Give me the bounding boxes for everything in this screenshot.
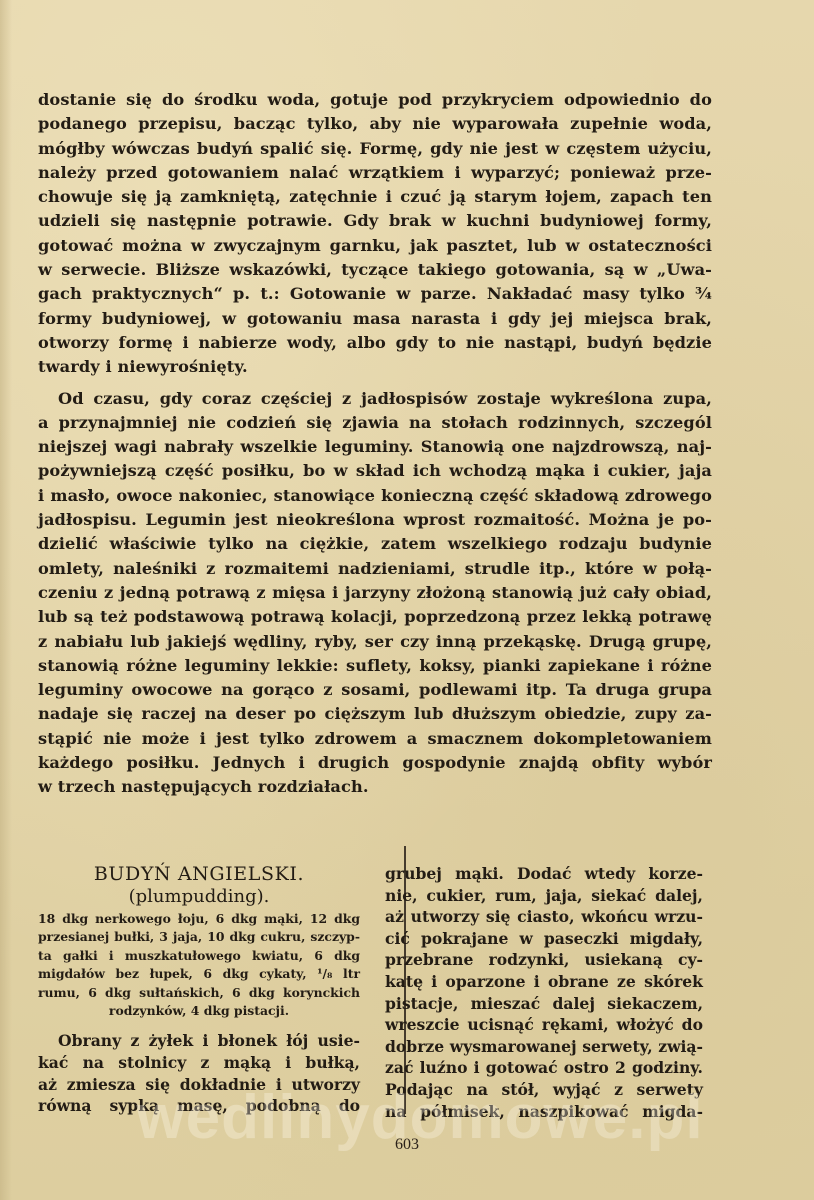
text-line: aż zmiesza się dokładnie i utworzy [38,1074,360,1096]
text-line: wreszcie ucisnąć rękami, włożyć do [385,1014,703,1036]
page-edge-shadow [0,0,12,1200]
text-line: lub są też podstawową potrawą kolacji, p… [38,605,712,629]
recipe-title: BUDYŃ ANGIELSKI. [38,863,360,886]
text-line: kać na stolnicy z mąką i bułką, [38,1052,360,1074]
ingredients-line: rodzynków, 4 dkg pistacji. [38,1002,360,1020]
ingredients-line: migdałów bez łupek, 6 dkg cykaty, ¹/₈ lt… [38,965,360,983]
text-line: cić pokrajane w paseczki migdały, [385,928,703,950]
text-line: stąpić nie może i jest tylko zdrowem a s… [38,727,712,751]
text-line: otworzy formę i nabierze wody, albo gdy … [38,331,712,355]
ingredients-line: rumu, 6 dkg sułtańskich, 6 dkg korynckic… [38,984,360,1002]
text-line: nadaje się raczej na deser po cięższym l… [38,702,712,726]
text-line: Obrany z żyłek i błonek łój usie- [38,1030,360,1052]
recipe-instructions-right: grubej mąki. Dodać wtedy korze- nie, cuk… [385,863,703,1122]
text-line: omlety, naleśniki z rozmaitemi nadzienia… [38,557,712,581]
text-line: w serwecie. Bliższe wskazówki, tyczące t… [38,258,712,282]
paragraph-2: Od czasu, gdy coraz częściej z jadłospis… [38,387,712,800]
recipe-right-column: grubej mąki. Dodać wtedy korze- nie, cuk… [385,846,703,1122]
text-line: aż utworzy się ciasto, wkońcu wrzu- [385,906,703,928]
paragraph-gap [38,380,712,387]
text-line: gach praktycznych“ p. t.: Gotowanie w pa… [38,282,712,306]
recipe-subtitle: (plumpudding). [38,886,360,908]
text-line: nie, cukier, rum, jaja, siekać dalej, [385,885,703,907]
text-line: dobrze wysmarowanej serwety, zwią- [385,1036,703,1058]
text-line: zać luźno i gotować ostro 2 godziny. [385,1057,703,1079]
text-line: niejszej wagi nabrały wszelkie leguminy.… [38,435,712,459]
text-line: z nabiału lub jakiejś wędliny, ryby, ser… [38,630,712,654]
text-line: i masło, owoce nakoniec, stanowiące koni… [38,484,712,508]
text-line: Od czasu, gdy coraz częściej z jadłospis… [38,387,712,411]
text-line: mógłby wówczas budyń spalić się. Formę, … [38,137,712,161]
main-text-block: dostanie się do środku woda, gotuje pod … [38,88,712,800]
text-line: twardy i niewyrośnięty. [38,355,712,379]
text-line: przebrane rodzynki, usiekaną cy- [385,949,703,971]
text-line: dostanie się do środku woda, gotuje pod … [38,88,712,112]
ingredients-list: 18 dkg nerkowego łoju, 6 dkg mąki, 12 dk… [38,910,360,1020]
text-line: leguminy owocowe na gorąco z sosami, pod… [38,678,712,702]
recipe-left-column: BUDYŃ ANGIELSKI. (plumpudding). 18 dkg n… [38,846,360,1117]
text-line: na półmisek, naszpikować migda- [385,1101,703,1123]
text-line: gotować można w zwyczajnym garnku, jak p… [38,234,712,258]
text-line: grubej mąki. Dodać wtedy korze- [385,863,703,885]
text-line: katę i oparzone i obrane ze skórek [385,971,703,993]
text-line: każdego posiłku. Jednych i drugich gospo… [38,751,712,775]
text-line: pożywniejszą część posiłku, bo w skład i… [38,459,712,483]
text-line: dzielić właściwie tylko na ciężkie, zate… [38,532,712,556]
text-line: czeniu z jedną potrawą z mięsa i jarzyny… [38,581,712,605]
text-line: formy budyniowej, w gotowaniu masa naras… [38,307,712,331]
recipe-columns: BUDYŃ ANGIELSKI. (plumpudding). 18 dkg n… [38,846,712,1116]
text-line: pistacje, mieszać dalej siekaczem, [385,993,703,1015]
text-line: jadłospisu. Legumin jest nieokreślona wp… [38,508,712,532]
text-line: chowuje się ją zamkniętą, zatęchnie i cz… [38,185,712,209]
text-line: udzieli się następnie potrawie. Gdy brak… [38,209,712,233]
text-line: stanowią różne leguminy lekkie: suflety,… [38,654,712,678]
ingredients-line: ta gałki i muszkatułowego kwiatu, 6 dkg [38,947,360,965]
text-line: a przynajmniej nie codzień się zjawia na… [38,411,712,435]
recipe-instructions-left: Obrany z żyłek i błonek łój usie- kać na… [38,1030,360,1116]
text-line: równą sypką masę, podobną do [38,1095,360,1117]
ingredients-line: 18 dkg nerkowego łoju, 6 dkg mąki, 12 dk… [38,910,360,928]
paragraph-1: dostanie się do środku woda, gotuje pod … [38,88,712,380]
text-line: Podając na stół, wyjąć z serwety [385,1079,703,1101]
text-line: podanego przepisu, bacząc tylko, aby nie… [38,112,712,136]
ingredients-line: przesianej bułki, 3 jaja, 10 dkg cukru, … [38,928,360,946]
text-line: w trzech następujących rozdziałach. [38,775,712,799]
page-number: 603 [0,1136,814,1154]
text-line: należy przed gotowaniem nalać wrzątkiem … [38,161,712,185]
